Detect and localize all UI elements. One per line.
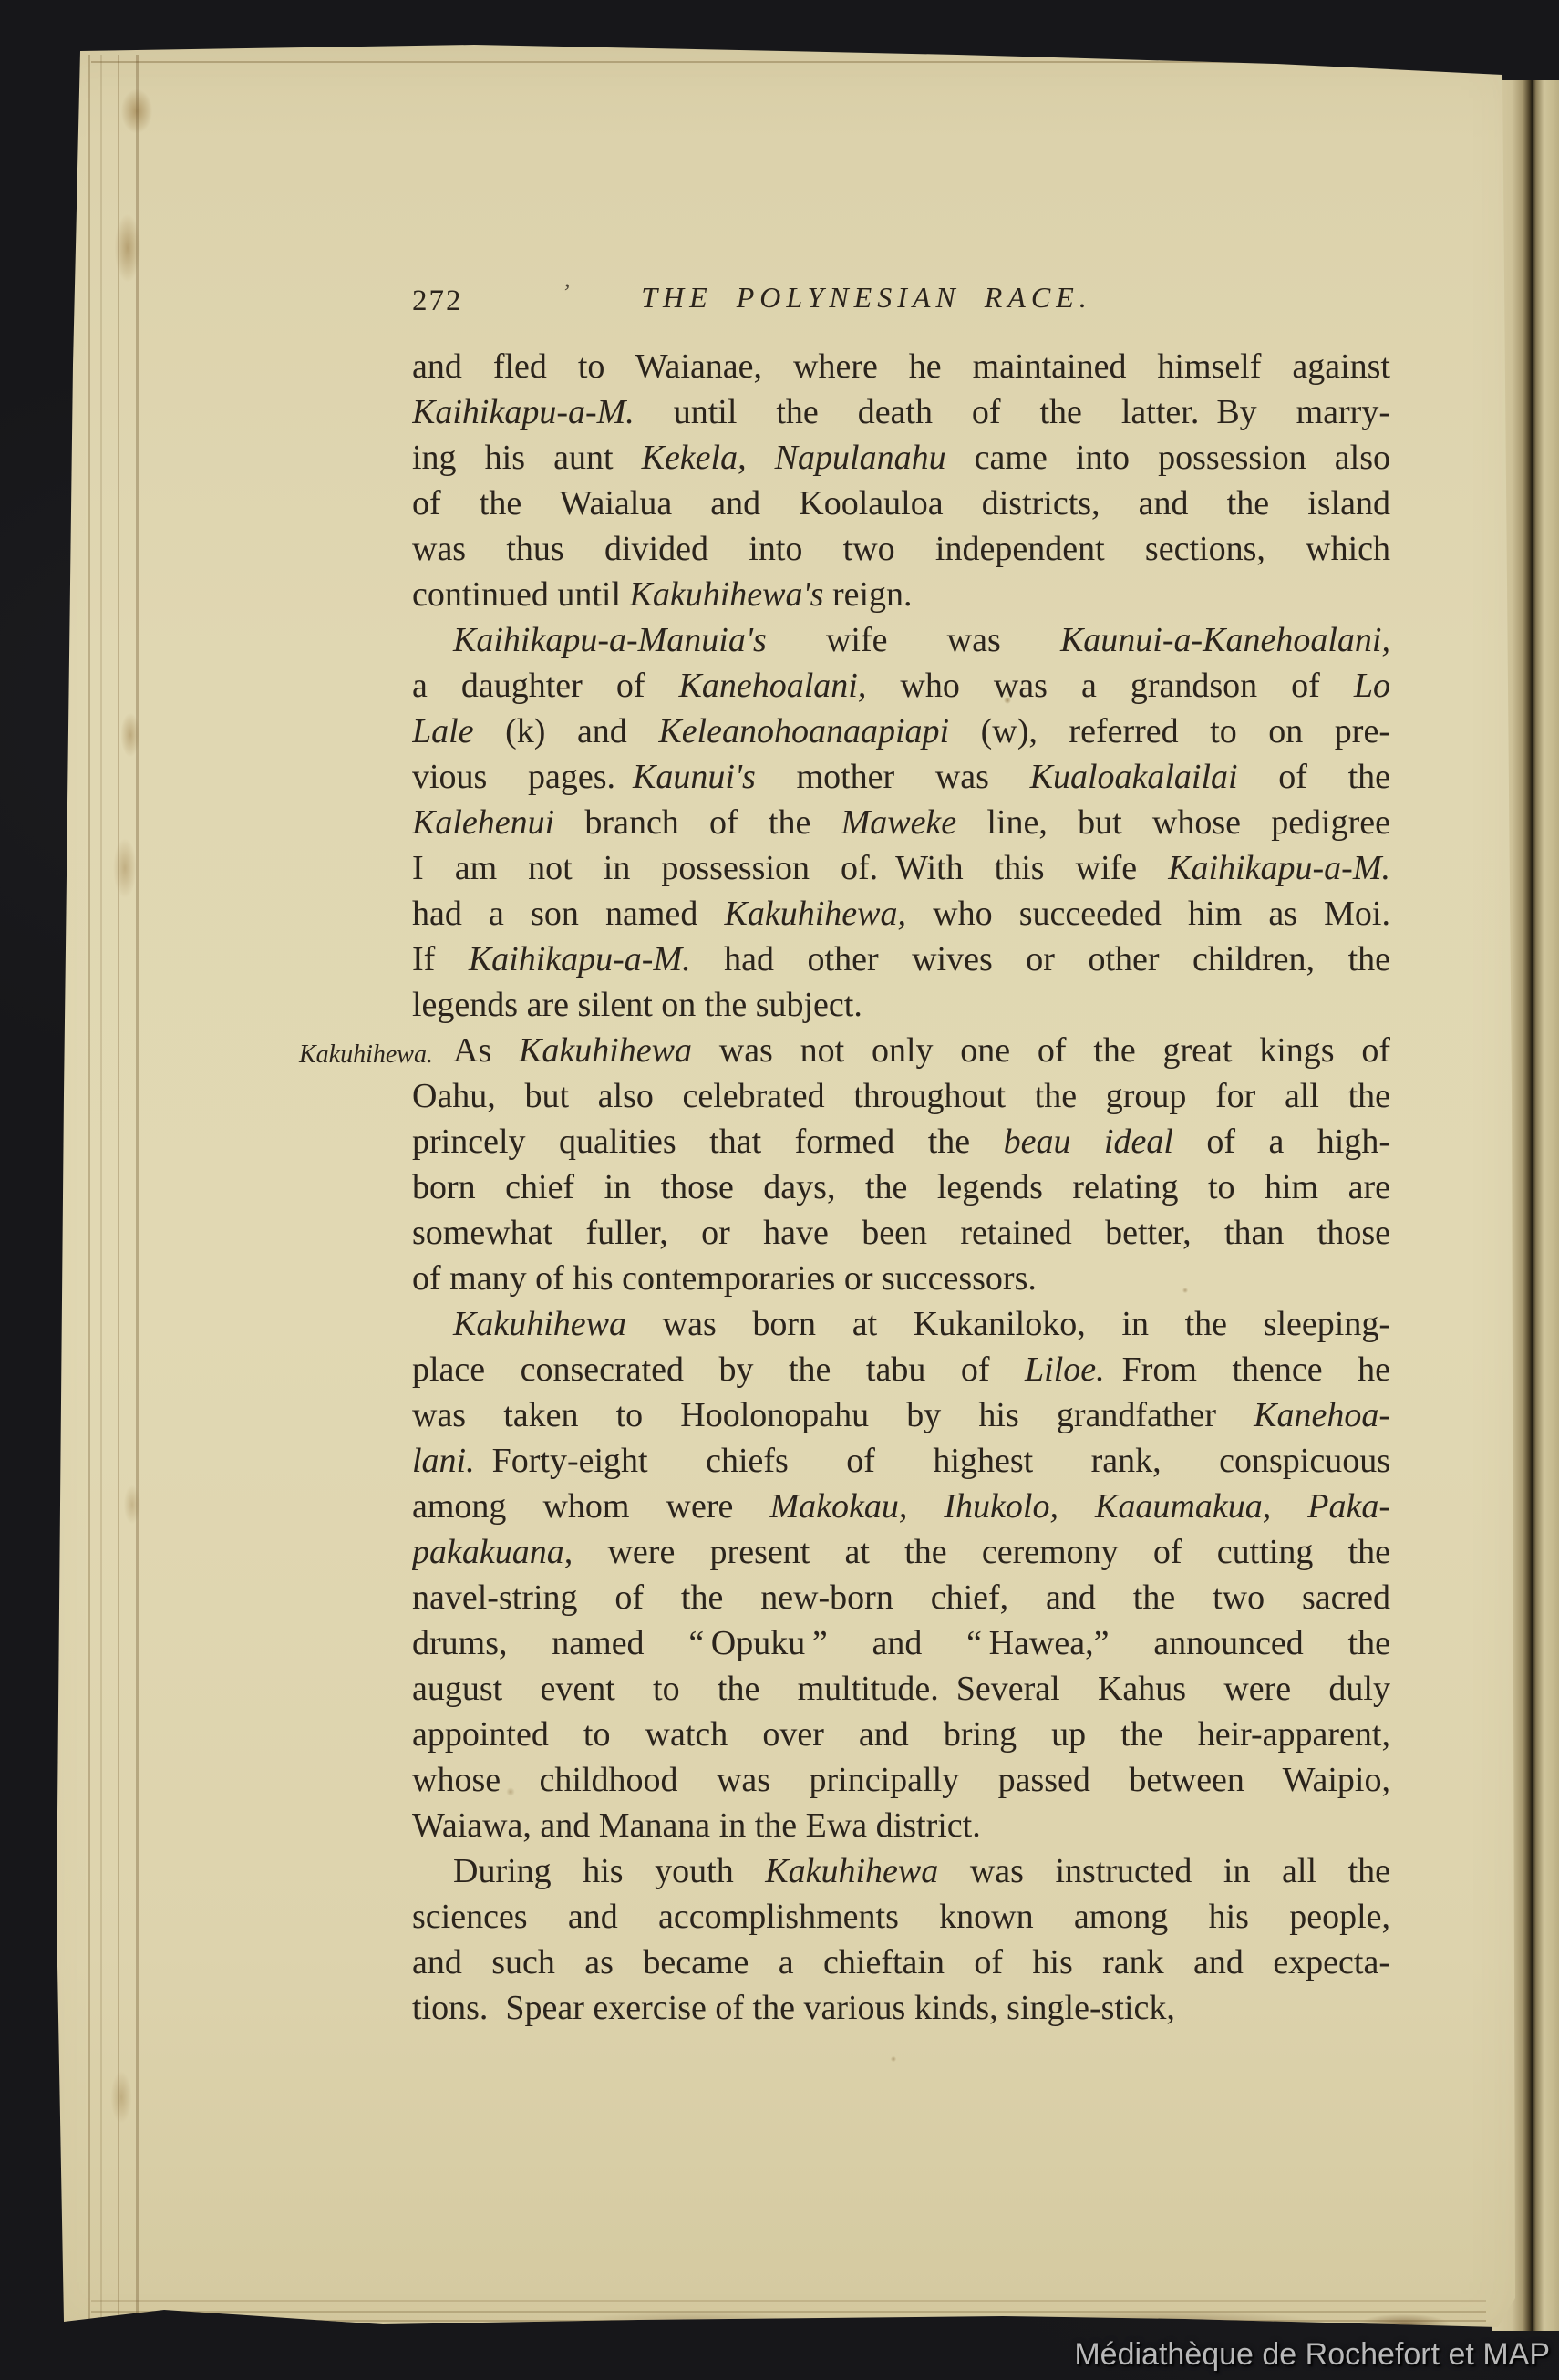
text-line: pakakuana, were present at the ceremony … — [412, 1529, 1390, 1575]
text-run: was instructed in all the — [938, 1852, 1390, 1890]
italic-run: Kaunui-a-Kanehoalani, — [1060, 621, 1390, 659]
italic-run: Liloe. — [1025, 1350, 1105, 1389]
text-run: (k) and — [474, 712, 659, 750]
text-line: august event to the multitude. Several K… — [412, 1666, 1390, 1712]
italic-run: Kakuhihewa — [453, 1305, 626, 1343]
page-stack-line — [136, 55, 139, 2322]
text-run: reign. — [823, 575, 912, 614]
text-run: wife was — [767, 621, 1060, 659]
text-run: of a high- — [1173, 1123, 1390, 1161]
book-scan: 272 ’ THE POLYNESIAN RACE. Kakuhihewa. a… — [0, 0, 1559, 2380]
italic-run: Kaunui's — [633, 758, 756, 796]
text-run: whose childhood was principally passed b… — [412, 1761, 1390, 1799]
text-line: vious pages. Kaunui's mother was Kualoak… — [412, 754, 1390, 800]
text-run: (w), referred to on pre- — [949, 712, 1390, 750]
text-run: appointed to watch over and bring up the… — [412, 1715, 1390, 1754]
italic-run: Kaihikapu-a-M. — [1168, 849, 1390, 887]
italic-run: Makokau, Ihukolo, Kaaumakua, Paka- — [769, 1487, 1390, 1526]
text-run: line, but whose pedigree — [956, 803, 1390, 842]
text-run: During his youth — [453, 1852, 765, 1890]
text-line: and fled to Waianae, where he maintained… — [412, 344, 1390, 389]
text-run: somewhat fuller, or have been retained b… — [412, 1214, 1390, 1252]
text-run: ing his aunt — [412, 439, 642, 477]
text-run: and such as became a chieftain of his ra… — [412, 1943, 1390, 1982]
text-run: princely qualities that formed the — [412, 1123, 1004, 1161]
paragraph: and fled to Waianae, where he maintained… — [412, 344, 1390, 617]
text-line: somewhat fuller, or have been retained b… — [412, 1210, 1390, 1256]
text-run: august event to the multitude. Several K… — [412, 1670, 1390, 1708]
text-run: Forty-eight chiefs of highest rank, cons… — [475, 1442, 1390, 1480]
italic-run: beau ideal — [1004, 1123, 1173, 1161]
text-run: Waiawa, and Manana in the Ewa district. — [412, 1806, 981, 1845]
text-line: was taken to Hoolonopahu by his grandfat… — [412, 1392, 1390, 1438]
italic-run: Kekela, Napulanahu — [642, 439, 946, 477]
text-line: legends are silent on the subject. — [412, 982, 1390, 1028]
page-stack-line — [91, 2311, 1486, 2313]
text-run: of the — [1238, 758, 1390, 796]
text-line: born chief in those days, the legends re… — [412, 1164, 1390, 1210]
text-run: Oahu, but also celebrated throughout the… — [412, 1077, 1390, 1115]
text-run: was born at Kukaniloko, in the sleeping- — [626, 1305, 1390, 1343]
text-run: drums, named “ Opuku ” and “ Hawea,” ann… — [412, 1624, 1390, 1662]
text-line: Kaihikapu-a-M. until the death of the la… — [412, 389, 1390, 435]
text-block: and fled to Waianae, where he maintained… — [412, 344, 1390, 2031]
text-line: continued until Kakuhihewa's reign. — [412, 572, 1390, 617]
text-run: a daughter of — [412, 667, 679, 705]
text-run: legends are silent on the subject. — [412, 986, 862, 1024]
text-line: whose childhood was principally passed b… — [412, 1757, 1390, 1803]
text-run: had other wives or other children, the — [691, 940, 1390, 978]
text-line: Kakuhihewa was born at Kukaniloko, in th… — [412, 1301, 1390, 1347]
text-line: princely qualities that formed the beau … — [412, 1119, 1390, 1164]
text-run: mother was — [756, 758, 1030, 796]
text-line: ing his aunt Kekela, Napulanahu came int… — [412, 435, 1390, 481]
italic-run: Lo — [1354, 667, 1390, 705]
text-run: and fled to Waianae, where he maintained… — [412, 347, 1390, 386]
page-stack-line — [91, 2300, 1486, 2302]
text-line: a daughter of Kanehoalani, who was a gra… — [412, 663, 1390, 709]
page-stack-line — [88, 55, 90, 2322]
text-run: navel-string of the new-born chief, and … — [412, 1578, 1390, 1617]
text-run: As — [453, 1031, 519, 1070]
text-run: I am not in possession of. With this wif… — [412, 849, 1168, 887]
italic-run: Kaihikapu-a-M. — [412, 393, 635, 431]
italic-run: Kakuhihewa's — [630, 575, 824, 614]
text-run: of many of his contemporaries or success… — [412, 1259, 1037, 1298]
text-line: place consecrated by the tabu of Liloe. … — [412, 1347, 1390, 1392]
text-run: sciences and accomplishments known among… — [412, 1898, 1390, 1936]
text-run: was taken to Hoolonopahu by his grandfat… — [412, 1396, 1254, 1434]
italic-run: Keleanohoanaapiapi — [658, 712, 949, 750]
page-stack-line — [118, 55, 119, 2322]
text-line: Lale (k) and Keleanohoanaapiapi (w), ref… — [412, 709, 1390, 754]
text-line: I am not in possession of. With this wif… — [412, 845, 1390, 891]
text-line: sciences and accomplishments known among… — [412, 1894, 1390, 1940]
text-run: born chief in those days, the legends re… — [412, 1168, 1390, 1206]
text-line: and such as became a chieftain of his ra… — [412, 1940, 1390, 1985]
text-line: As Kakuhihewa was not only one of the gr… — [412, 1028, 1390, 1073]
text-line: had a son named Kakuhihewa, who succeede… — [412, 891, 1390, 936]
text-run: vious pages. — [412, 758, 633, 796]
text-line: lani. Forty-eight chiefs of highest rank… — [412, 1438, 1390, 1484]
text-run: of the Waialua and Koolauloa districts, … — [412, 484, 1390, 523]
italic-run: Kakuhihewa — [519, 1031, 692, 1070]
italic-run: Kakuhihewa — [765, 1852, 938, 1890]
italic-run: Maweke — [841, 803, 957, 842]
text-run: until the death of the latter. By marry- — [635, 393, 1390, 431]
text-run: among whom were — [412, 1487, 769, 1526]
library-watermark: Médiathèque de Rochefort et MAP — [1074, 2337, 1550, 2373]
italic-run: Kanehoalani, — [679, 667, 867, 705]
text-line: appointed to watch over and bring up the… — [412, 1712, 1390, 1757]
text-run: branch of the — [554, 803, 841, 842]
text-run: place consecrated by the tabu of — [412, 1350, 1025, 1389]
italic-run: lani. — [412, 1442, 475, 1480]
paragraph: During his youth Kakuhihewa was instruct… — [412, 1848, 1390, 2031]
book-page: 272 ’ THE POLYNESIAN RACE. Kakuhihewa. a… — [0, 0, 1559, 2380]
italic-run: pakakuana, — [412, 1533, 573, 1571]
text-run: If — [412, 940, 469, 978]
text-line: During his youth Kakuhihewa was instruct… — [412, 1848, 1390, 1894]
text-run: From thence he — [1105, 1350, 1390, 1389]
paragraph: Kakuhihewa was born at Kukaniloko, in th… — [412, 1301, 1390, 1848]
text-run: were present at the ceremony of cutting … — [573, 1533, 1390, 1571]
text-run: was thus divided into two independent se… — [412, 530, 1390, 568]
margin-note: Kakuhihewa. — [274, 1032, 433, 1078]
text-run: had a son named — [412, 895, 724, 933]
text-line: Kaihikapu-a-Manuia's wife was Kaunui-a-K… — [412, 617, 1390, 663]
text-run: came into possession also — [946, 439, 1390, 477]
text-line: was thus divided into two independent se… — [412, 526, 1390, 572]
italic-run: Kalehenui — [412, 803, 554, 842]
paragraph: Kaihikapu-a-Manuia's wife was Kaunui-a-K… — [412, 617, 1390, 1028]
text-line: Oahu, but also celebrated throughout the… — [412, 1073, 1390, 1119]
text-line: If Kaihikapu-a-M. had other wives or oth… — [412, 936, 1390, 982]
text-line: tions. Spear exercise of the various kin… — [412, 1985, 1390, 2031]
text-line: navel-string of the new-born chief, and … — [412, 1575, 1390, 1620]
text-line: Waiawa, and Manana in the Ewa district. — [412, 1803, 1390, 1848]
italic-run: Kaihikapu-a-Manuia's — [453, 621, 767, 659]
text-line: among whom were Makokau, Ihukolo, Kaauma… — [412, 1484, 1390, 1529]
text-run: continued until — [412, 575, 630, 614]
italic-run: Lale — [412, 712, 474, 750]
text-run: tions. Spear exercise of the various kin… — [412, 1989, 1175, 2027]
text-line: drums, named “ Opuku ” and “ Hawea,” ann… — [412, 1620, 1390, 1666]
italic-run: Kualoakalailai — [1030, 758, 1238, 796]
text-line: of the Waialua and Koolauloa districts, … — [412, 481, 1390, 526]
italic-run: Kaihikapu-a-M. — [469, 940, 691, 978]
italic-run: Kakuhihewa, — [724, 895, 905, 933]
text-run: who was a grandson of — [866, 667, 1354, 705]
text-line: of many of his contemporaries or success… — [412, 1256, 1390, 1301]
italic-run: Kanehoa- — [1254, 1396, 1390, 1434]
running-title: THE POLYNESIAN RACE. — [377, 281, 1356, 315]
text-run: was not only one of the great kings of — [692, 1031, 1390, 1070]
text-line: Kalehenui branch of the Maweke line, but… — [412, 800, 1390, 845]
paragraph: As Kakuhihewa was not only one of the gr… — [412, 1028, 1390, 1301]
text-run: who succeeded him as Moi. — [906, 895, 1390, 933]
page-stack-line — [100, 55, 102, 2322]
